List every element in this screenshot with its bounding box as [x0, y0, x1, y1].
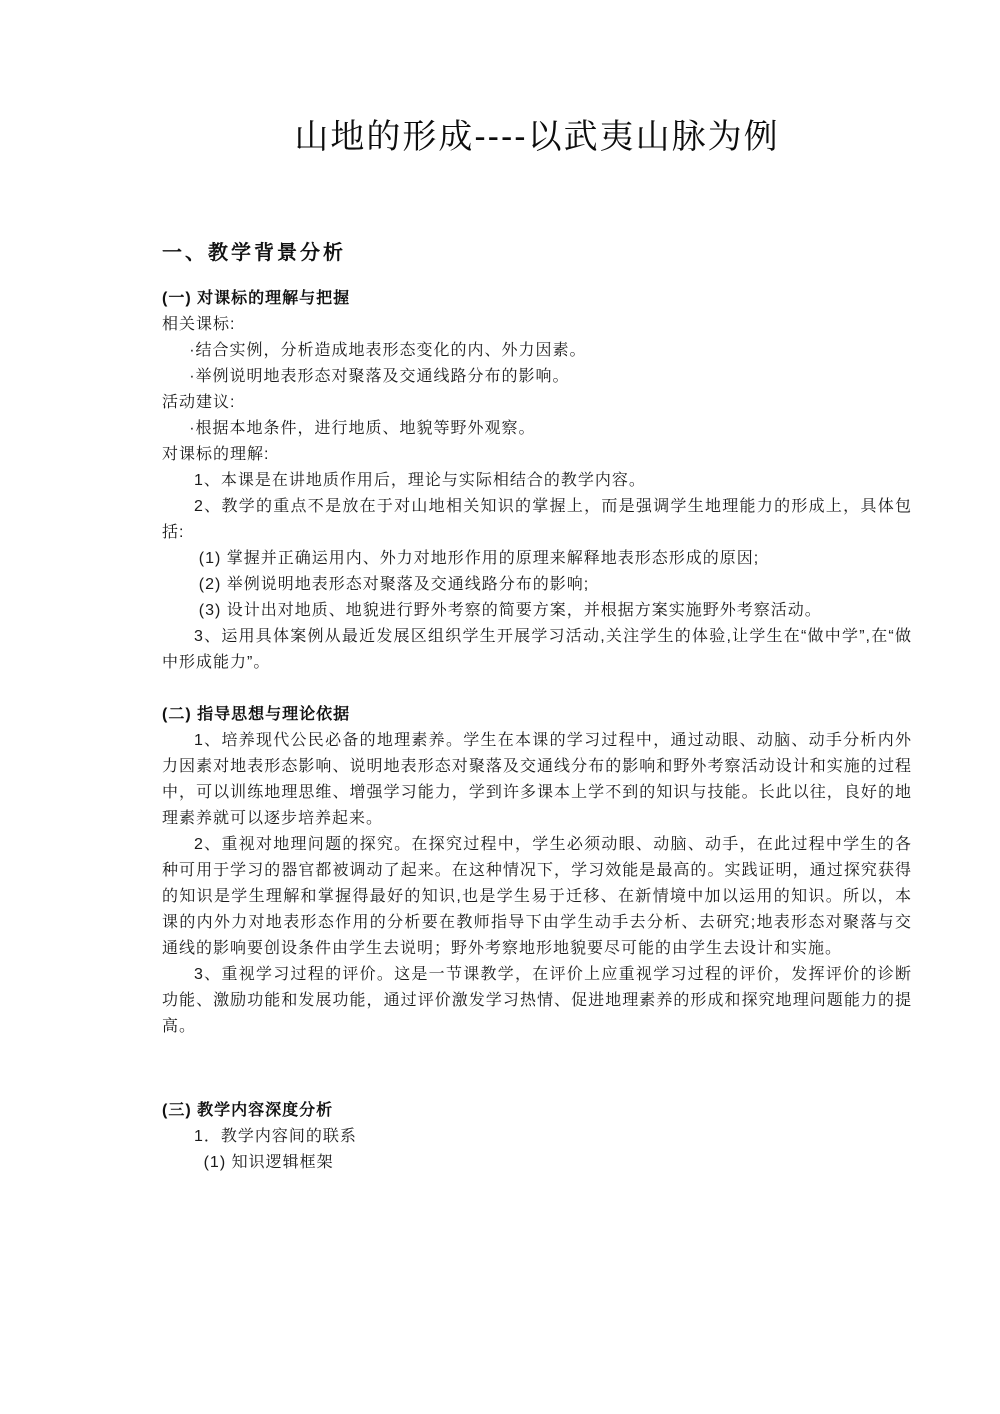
guiding-paragraph-3: 3、重视学习过程的评价。这是一节课教学，在评价上应重视学习过程的评价，发挥评价的… — [162, 962, 912, 1040]
activity-advice-label: 活动建议: — [162, 390, 912, 416]
content-analysis-line-2: (1) 知识逻辑框架 — [162, 1150, 912, 1176]
activity-bullet: ·根据本地条件，进行地质、地貌等野外观察。 — [162, 416, 912, 442]
guiding-paragraph-2: 2、重视对地理问题的探究。在探究过程中，学生必须动眼、动脑、动手，在此过程中学生… — [162, 832, 912, 962]
understanding-subitem-2: (2) 举例说明地表形态对聚落及交通线路分布的影响; — [162, 572, 912, 598]
document-title: 山地的形成----以武夷山脉为例 — [162, 112, 912, 162]
understanding-label: 对课标的理解: — [162, 442, 912, 468]
section-1-heading: 一、教学背景分析 — [162, 238, 912, 268]
content-analysis-line-1: 1．教学内容间的联系 — [162, 1124, 912, 1150]
standard-bullet-1: ·结合实例，分析造成地表形态变化的内、外力因素。 — [162, 338, 912, 364]
understanding-subitem-1: (1) 掌握并正确运用内、外力对地形作用的原理来解释地表形态形成的原因; — [162, 546, 912, 572]
subsection-1-heading: (一) 对课标的理解与把握 — [162, 286, 912, 312]
related-standards-label: 相关课标: — [162, 312, 912, 338]
understanding-item-2: 2、教学的重点不是放在于对山地相关知识的掌握上，而是强调学生地理能力的形成上，具… — [162, 494, 912, 546]
standard-bullet-2: ·举例说明地表形态对聚落及交通线路分布的影响。 — [162, 364, 912, 390]
document-content: 山地的形成----以武夷山脉为例 一、教学背景分析 (一) 对课标的理解与把握 … — [162, 0, 912, 1176]
understanding-item-3: 3、运用具体案例从最近发展区组织学生开展学习活动,关注学生的体验,让学生在“做中… — [162, 624, 912, 676]
understanding-subitem-3: (3) 设计出对地质、地貌进行野外考察的简要方案，并根据方案实施野外考察活动。 — [162, 598, 912, 624]
subsection-2-heading: (二) 指导思想与理论依据 — [162, 702, 912, 728]
document-page: 山地的形成----以武夷山脉为例 一、教学背景分析 (一) 对课标的理解与把握 … — [0, 0, 1000, 1414]
guiding-paragraph-1: 1、培养现代公民必备的地理素养。学生在本课的学习过程中，通过动眼、动脑、动手分析… — [162, 728, 912, 832]
understanding-item-1: 1、本课是在讲地质作用后，理论与实际相结合的教学内容。 — [162, 468, 912, 494]
subsection-3-heading: (三) 教学内容深度分析 — [162, 1098, 912, 1124]
